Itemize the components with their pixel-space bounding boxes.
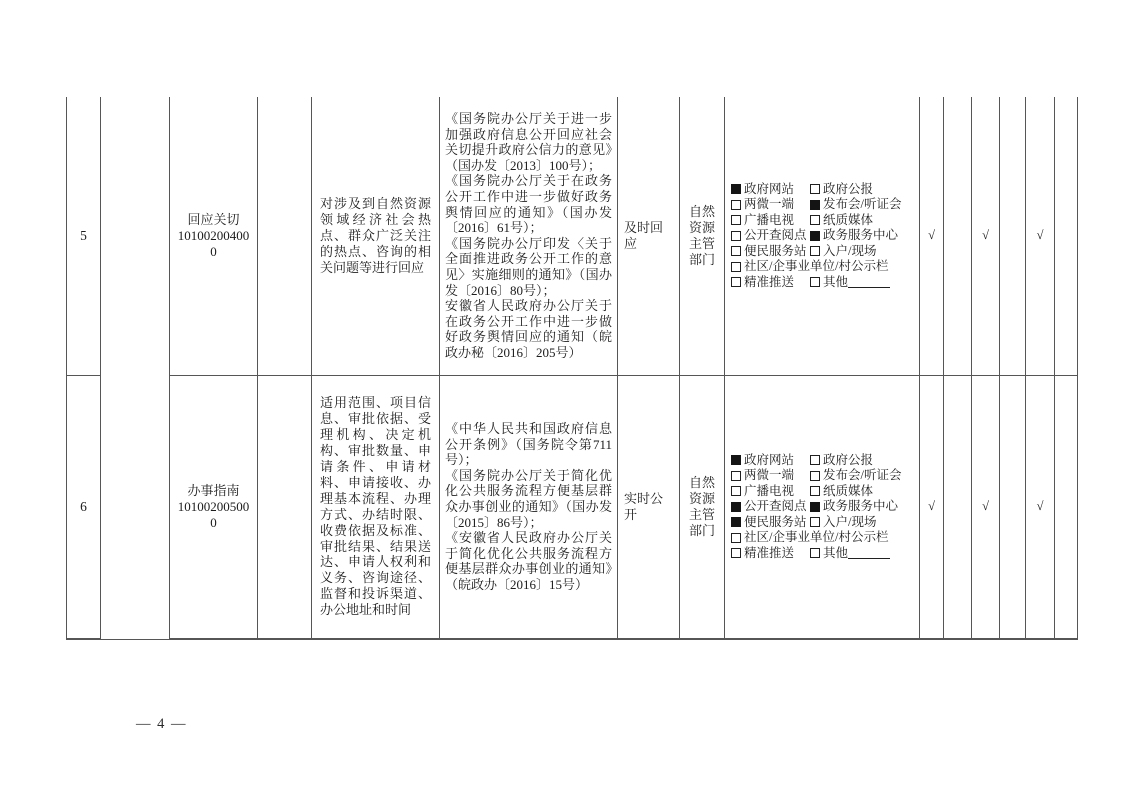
channel-label: 其他: [823, 546, 848, 562]
channel-line: 广播电视纸质媒体: [731, 484, 913, 500]
checkbox-unchecked-icon: [731, 471, 741, 481]
channel-label: 入户/现场: [823, 244, 876, 260]
channel-option: 社区/企事业单位/村公示栏: [731, 259, 888, 275]
category-cell-merged-empty: [101, 97, 170, 639]
channel-label: 政府网站: [744, 453, 794, 469]
channel-label: 便民服务站: [744, 244, 807, 260]
check-mark-cell: √: [920, 97, 944, 375]
channel-label: 发布会/听证会: [823, 197, 901, 213]
channel-option: 广播电视: [731, 213, 810, 229]
legal-basis-cell: 《中华人民共和国政府信息公开条例》（国务院令第711号）；《国务院办公厅关于简化…: [440, 375, 618, 639]
channel-line: 社区/企事业单位/村公示栏: [731, 259, 913, 275]
check-mark-cell: √: [972, 97, 1000, 375]
check-mark-cell: [1000, 375, 1026, 639]
checkbox-unchecked-icon: [810, 486, 820, 496]
channel-line: 政府网站政府公报: [731, 453, 913, 469]
timing-cell: 及时回应: [618, 97, 680, 375]
channels-cell: 政府网站政府公报两微一端发布会/听证会广播电视纸质媒体公开查阅点政务服务中心便民…: [725, 375, 920, 639]
checkbox-unchecked-icon: [731, 246, 741, 256]
channel-label: 政府公报: [823, 182, 873, 198]
item-code: 101002005000: [176, 499, 252, 531]
item-name-code-cell: 回应关切 101002004000: [170, 97, 258, 375]
channel-label: 公开查阅点: [744, 499, 807, 515]
channel-label: 精准推送: [744, 546, 794, 562]
channel-label: 纸质媒体: [823, 484, 873, 500]
item-name: 回应关切: [187, 212, 239, 227]
item-name: 办事指南: [187, 483, 239, 498]
checkbox-checked-icon: [731, 184, 741, 194]
checkbox-checked-icon: [810, 231, 820, 241]
checkbox-unchecked-icon: [731, 277, 741, 287]
channel-option: 社区/企事业单位/村公示栏: [731, 530, 888, 546]
channel-line: 便民服务站入户/现场: [731, 515, 913, 531]
channel-line: 两微一端发布会/听证会: [731, 197, 913, 213]
channel-option: 入户/现场: [810, 515, 876, 531]
channel-option: 其他: [810, 546, 890, 562]
channel-label: 发布会/听证会: [823, 468, 901, 484]
check-mark-cell: √: [1026, 97, 1055, 375]
channel-option: 便民服务站: [731, 244, 810, 260]
channel-option: 便民服务站: [731, 515, 810, 531]
item-name-code-cell: 办事指南 101002005000: [170, 375, 258, 639]
channel-label: 入户/现场: [823, 515, 876, 531]
channel-option: 政府公报: [810, 182, 873, 198]
channel-option: 精准推送: [731, 546, 810, 562]
channel-option: 发布会/听证会: [810, 468, 901, 484]
checkbox-unchecked-icon: [731, 262, 741, 272]
blank-underline: [848, 547, 890, 559]
checkbox-unchecked-icon: [810, 517, 820, 527]
channel-line: 两微一端发布会/听证会: [731, 468, 913, 484]
legal-basis-item: 《国务院办公厅印发〈关于全面推进政务公开工作的意见〉实施细则的通知》（国办发〔2…: [445, 236, 612, 298]
channel-label: 社区/企事业单位/村公示栏: [744, 259, 888, 275]
channels-cell: 政府网站政府公报两微一端发布会/听证会广播电视纸质媒体公开查阅点政务服务中心便民…: [725, 97, 920, 375]
channel-line: 广播电视纸质媒体: [731, 213, 913, 229]
channel-line: 政府网站政府公报: [731, 182, 913, 198]
channel-label: 精准推送: [744, 275, 794, 291]
legal-basis-item: 《国务院办公厅关于进一步加强政府信息公开回应社会关切提升政府公信力的意见》（国办…: [445, 111, 612, 173]
channel-option: 公开查阅点: [731, 499, 810, 515]
check-mark-cell: √: [1026, 375, 1055, 639]
checkbox-unchecked-icon: [810, 471, 820, 481]
channel-option: 纸质媒体: [810, 484, 873, 500]
checkbox-unchecked-icon: [810, 246, 820, 256]
checkbox-checked-icon: [731, 517, 741, 527]
department-cell: 自然资源主管部门: [680, 97, 725, 375]
legal-basis-cell: 《国务院办公厅关于进一步加强政府信息公开回应社会关切提升政府公信力的意见》（国办…: [440, 97, 618, 375]
row-number-cell: 6: [67, 375, 101, 639]
channel-option: 两微一端: [731, 468, 810, 484]
channel-label: 政府公报: [823, 453, 873, 469]
channel-option: 纸质媒体: [810, 213, 873, 229]
channel-option: 公开查阅点: [731, 228, 810, 244]
channel-option: 两微一端: [731, 197, 810, 213]
channel-option: 入户/现场: [810, 244, 876, 260]
empty-cell: [258, 375, 312, 639]
check-mark-cell: [1055, 375, 1078, 639]
channel-line: 便民服务站入户/现场: [731, 244, 913, 260]
checkbox-unchecked-icon: [731, 548, 741, 558]
channel-line: 公开查阅点政务服务中心: [731, 228, 913, 244]
channel-label: 广播电视: [744, 213, 794, 229]
channel-option: 广播电视: [731, 484, 810, 500]
channel-option: 精准推送: [731, 275, 810, 291]
channel-label: 便民服务站: [744, 515, 807, 531]
channel-label: 两微一端: [744, 197, 794, 213]
checkbox-unchecked-icon: [810, 455, 820, 465]
channel-line: 精准推送其他: [731, 275, 913, 291]
checkbox-unchecked-icon: [731, 533, 741, 543]
channel-label: 政务服务中心: [823, 228, 898, 244]
channel-line: 公开查阅点政务服务中心: [731, 499, 913, 515]
channel-option: 政务服务中心: [810, 228, 898, 244]
disclosure-content-cell: 适用范围、项目信息、审批依据、受理机构、决定机构、审批数量、申请条件、申请材料、…: [312, 375, 440, 639]
timing-cell: 实时公开: [618, 375, 680, 639]
check-mark-cell: [1055, 97, 1078, 375]
channel-label: 社区/企事业单位/村公示栏: [744, 530, 888, 546]
blank-underline: [848, 276, 890, 288]
department-cell: 自然资源主管部门: [680, 375, 725, 639]
legal-basis-item: 《国务院办公厅关于在政务公开工作中进一步做好政务舆情回应的通知》（国办发〔201…: [445, 173, 612, 235]
channel-label: 公开查阅点: [744, 228, 807, 244]
disclosure-content-cell: 对涉及到自然资源领域经济社会热点、群众广泛关注的热点、咨询的相关问题等进行回应: [312, 97, 440, 375]
disclosure-catalog-table: 5 回应关切 101002004000 对涉及到自然资源领域经济社会热点、群众广…: [66, 97, 1078, 640]
channel-option: 其他: [810, 275, 890, 291]
checkbox-unchecked-icon: [731, 200, 741, 210]
check-mark-cell: [944, 375, 972, 639]
channel-option: 政务服务中心: [810, 499, 898, 515]
item-code: 101002004000: [176, 228, 252, 260]
channel-label: 政府网站: [744, 182, 794, 198]
check-mark-cell: √: [972, 375, 1000, 639]
channel-line: 精准推送其他: [731, 546, 913, 562]
channel-option: 发布会/听证会: [810, 197, 901, 213]
legal-basis-item: 《中华人民共和国政府信息公开条例》（国务院令第711号）；: [445, 421, 612, 468]
check-mark-cell: √: [920, 375, 944, 639]
row-number-cell: 5: [67, 97, 101, 375]
checkbox-unchecked-icon: [810, 184, 820, 194]
checkbox-checked-icon: [731, 455, 741, 465]
empty-cell: [258, 97, 312, 375]
check-mark-cell: [1000, 97, 1026, 375]
legal-basis-item: 《国务院办公厅关于简化优化公共服务流程方便基层群众办事创业的通知》（国办发〔20…: [445, 468, 612, 530]
checkbox-checked-icon: [810, 200, 820, 210]
document-page: { "page": { "number": "— 4 —" }, "table"…: [0, 0, 1122, 793]
legal-basis-item: 《安徽省人民政府办公厅关于简化优化公共服务流程方便基层群众办事创业的通知》（皖政…: [445, 530, 612, 592]
checkbox-checked-icon: [810, 502, 820, 512]
legal-basis-item: 安徽省人民政府办公厅关于在政务公开工作中进一步做好政务舆情回应的通知（皖政办秘〔…: [445, 298, 612, 360]
checkbox-unchecked-icon: [810, 277, 820, 287]
channel-label: 广播电视: [744, 484, 794, 500]
channel-option: 政府公报: [810, 453, 873, 469]
checkbox-unchecked-icon: [731, 231, 741, 241]
channel-label: 纸质媒体: [823, 213, 873, 229]
channel-option: 政府网站: [731, 182, 810, 198]
checkbox-checked-icon: [731, 502, 741, 512]
channel-label: 其他: [823, 275, 848, 291]
checkbox-unchecked-icon: [731, 215, 741, 225]
channel-label: 两微一端: [744, 468, 794, 484]
checkbox-unchecked-icon: [810, 215, 820, 225]
checkbox-unchecked-icon: [810, 548, 820, 558]
table-row: 6 办事指南 101002005000 适用范围、项目信息、审批依据、受理机构、…: [67, 375, 1078, 639]
channel-label: 政务服务中心: [823, 499, 898, 515]
page-number: — 4 —: [136, 716, 187, 733]
check-mark-cell: [944, 97, 972, 375]
channel-line: 社区/企事业单位/村公示栏: [731, 530, 913, 546]
checkbox-unchecked-icon: [731, 486, 741, 496]
table-row: 5 回应关切 101002004000 对涉及到自然资源领域经济社会热点、群众广…: [67, 97, 1078, 375]
channel-option: 政府网站: [731, 453, 810, 469]
